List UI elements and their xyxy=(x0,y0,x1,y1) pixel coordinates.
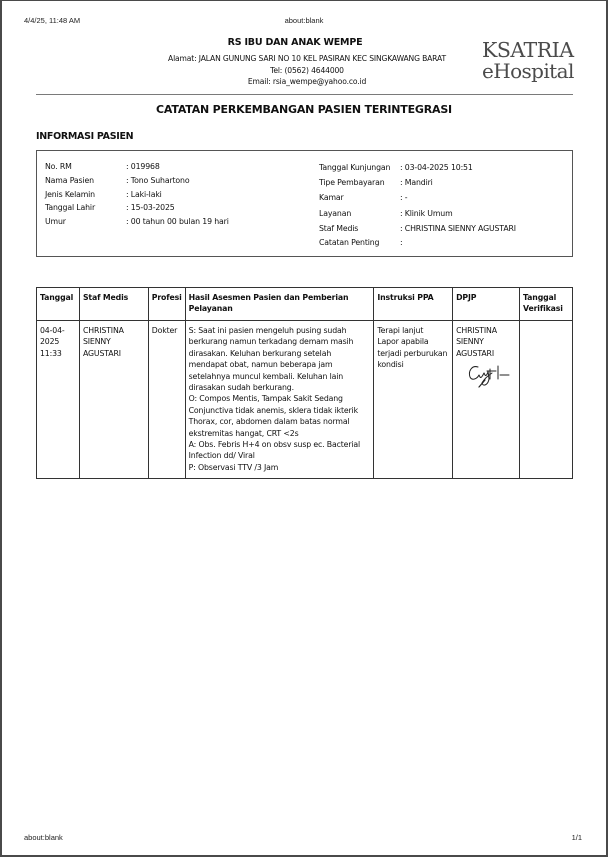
ksatria-logo: KSATRIA eHospital xyxy=(482,40,574,82)
patient-info-left: No. RM : 019968 Nama Pasien : Tono Suhar… xyxy=(45,160,229,229)
info-value: : 03-04-2025 10:51 xyxy=(400,160,473,175)
signature-icon xyxy=(466,361,512,389)
asesmen-objective-4: ekstremitas hangat, CRT <2s xyxy=(189,428,371,439)
info-label: Jenis Kelamin xyxy=(45,188,126,202)
print-footer-page: 1/1 xyxy=(572,833,582,842)
info-label: Staf Medis xyxy=(319,221,400,236)
cell-text: SIENNY xyxy=(456,336,516,347)
info-row-no-rm: No. RM : 019968 xyxy=(45,160,229,174)
cell-text: CHRISTINA xyxy=(83,325,145,336)
info-row-umur: Umur : 00 tahun 00 bulan 19 hari xyxy=(45,215,229,229)
info-row-catatan-penting: Catatan Penting : xyxy=(319,236,516,249)
info-value: : Laki-laki xyxy=(126,188,162,202)
logo-line-1: KSATRIA xyxy=(482,40,574,61)
hospital-address: Alamat: JALAN GUNUNG SARI NO 10 KEL PASI… xyxy=(144,53,470,65)
info-row-tanggal-lahir: Tanggal Lahir : 15-03-2025 xyxy=(45,201,229,215)
info-value: : 019968 xyxy=(126,160,160,174)
cell-text: 11:33 xyxy=(40,348,76,359)
info-value: : CHRISTINA SIENNY AGUSTARI xyxy=(400,221,516,236)
info-label: Layanan xyxy=(319,206,400,221)
header-divider xyxy=(36,94,573,95)
hospital-name: RS IBU DAN ANAK WEMPE xyxy=(120,37,470,48)
print-url: about:blank xyxy=(0,16,608,25)
info-value: : Mandiri xyxy=(400,175,433,190)
column-header-staf-medis: Staf Medis xyxy=(79,288,148,321)
info-value: : - xyxy=(400,190,407,205)
column-header-dpjp: DPJP xyxy=(453,288,520,321)
info-row-tanggal-kunjungan: Tanggal Kunjungan : 03-04-2025 10:51 xyxy=(319,160,516,175)
patient-info-right: Tanggal Kunjungan : 03-04-2025 10:51 Tip… xyxy=(319,160,516,249)
hospital-email: Email: rsia_wempe@yahoo.co.id xyxy=(144,76,470,88)
patient-info-box: No. RM : 019968 Nama Pasien : Tono Suhar… xyxy=(36,150,573,257)
info-label: Tanggal Lahir xyxy=(45,201,126,215)
info-row-kamar: Kamar : - xyxy=(319,190,516,205)
cell-text: AGUSTARI xyxy=(456,348,516,359)
info-label: Catatan Penting xyxy=(319,236,400,249)
cell-instruksi-ppa: Terapi lanjut Lapor apabila terjadi perb… xyxy=(374,321,453,479)
info-row-staf-medis: Staf Medis : CHRISTINA SIENNY AGUSTARI xyxy=(319,221,516,236)
asesmen-subjective: S: Saat ini pasien mengeluh pusing sudah… xyxy=(189,325,371,393)
asesmen-objective: O: Compos Mentis, Tampak Sakit Sedang xyxy=(189,393,371,404)
info-label: No. RM xyxy=(45,160,126,174)
hospital-phone: Tel: (0562) 4644000 xyxy=(144,65,470,77)
asesmen-objective-2: Conjunctiva tidak anemis, sklera tidak i… xyxy=(189,405,371,416)
asesmen-objective-3: Thorax, cor, abdomen dalam batas normal xyxy=(189,416,371,427)
column-header-tanggal: Tanggal xyxy=(37,288,80,321)
info-value: : xyxy=(400,236,402,249)
column-header-instruksi-ppa: Instruksi PPA xyxy=(374,288,453,321)
cell-asesmen: S: Saat ini pasien mengeluh pusing sudah… xyxy=(185,321,374,479)
column-header-asesmen: Hasil Asesmen Pasien dan Pemberian Pelay… xyxy=(185,288,374,321)
asesmen-assessment: A: Obs. Febris H+4 on obsv susp ec. Bact… xyxy=(189,439,371,462)
column-header-profesi: Profesi xyxy=(148,288,185,321)
table-header-row: Tanggal Staf Medis Profesi Hasil Asesmen… xyxy=(37,288,573,321)
cell-text: Lapor apabila terjadi perburukan kondisi xyxy=(377,336,449,370)
asesmen-plan: P: Observasi TTV /3 Jam xyxy=(189,462,371,473)
progress-notes-table: Tanggal Staf Medis Profesi Hasil Asesmen… xyxy=(36,287,573,479)
print-footer-url: about:blank xyxy=(24,833,63,842)
info-value: : Klinik Umum xyxy=(400,206,453,221)
info-value: : Tono Suhartono xyxy=(126,174,189,188)
info-label: Tipe Pembayaran xyxy=(319,175,400,190)
cell-staf-medis: CHRISTINA SIENNY AGUSTARI xyxy=(79,321,148,479)
section-title-patient-info: INFORMASI PASIEN xyxy=(36,131,133,142)
info-value: : 00 tahun 00 bulan 19 hari xyxy=(126,215,229,229)
info-row-layanan: Layanan : Klinik Umum xyxy=(319,206,516,221)
info-label: Kamar xyxy=(319,190,400,205)
table-row: 04-04- 2025 11:33 CHRISTINA SIENNY AGUST… xyxy=(37,321,573,479)
info-value: : 15-03-2025 xyxy=(126,201,175,215)
cell-text: Terapi lanjut xyxy=(377,325,449,336)
cell-tanggal: 04-04- 2025 11:33 xyxy=(37,321,80,479)
cell-dpjp: CHRISTINA SIENNY AGUSTARI xyxy=(453,321,520,479)
hospital-header: RS IBU DAN ANAK WEMPE Alamat: JALAN GUNU… xyxy=(120,37,470,88)
cell-text: CHRISTINA xyxy=(456,325,516,336)
cell-text: 2025 xyxy=(40,336,76,347)
info-row-nama-pasien: Nama Pasien : Tono Suhartono xyxy=(45,174,229,188)
info-row-tipe-pembayaran: Tipe Pembayaran : Mandiri xyxy=(319,175,516,190)
document-title: CATATAN PERKEMBANGAN PASIEN TERINTEGRASI xyxy=(0,103,608,116)
info-label: Umur xyxy=(45,215,126,229)
info-label: Tanggal Kunjungan xyxy=(319,160,400,175)
cell-profesi: Dokter xyxy=(148,321,185,479)
info-row-jenis-kelamin: Jenis Kelamin : Laki-laki xyxy=(45,188,229,202)
cell-tanggal-verifikasi xyxy=(520,321,573,479)
logo-line-2: eHospital xyxy=(482,61,574,82)
info-label: Nama Pasien xyxy=(45,174,126,188)
column-header-tanggal-verifikasi: Tanggal Verifikasi xyxy=(520,288,573,321)
cell-text: SIENNY xyxy=(83,336,145,347)
cell-text: AGUSTARI xyxy=(83,348,145,359)
cell-text: 04-04- xyxy=(40,325,76,336)
